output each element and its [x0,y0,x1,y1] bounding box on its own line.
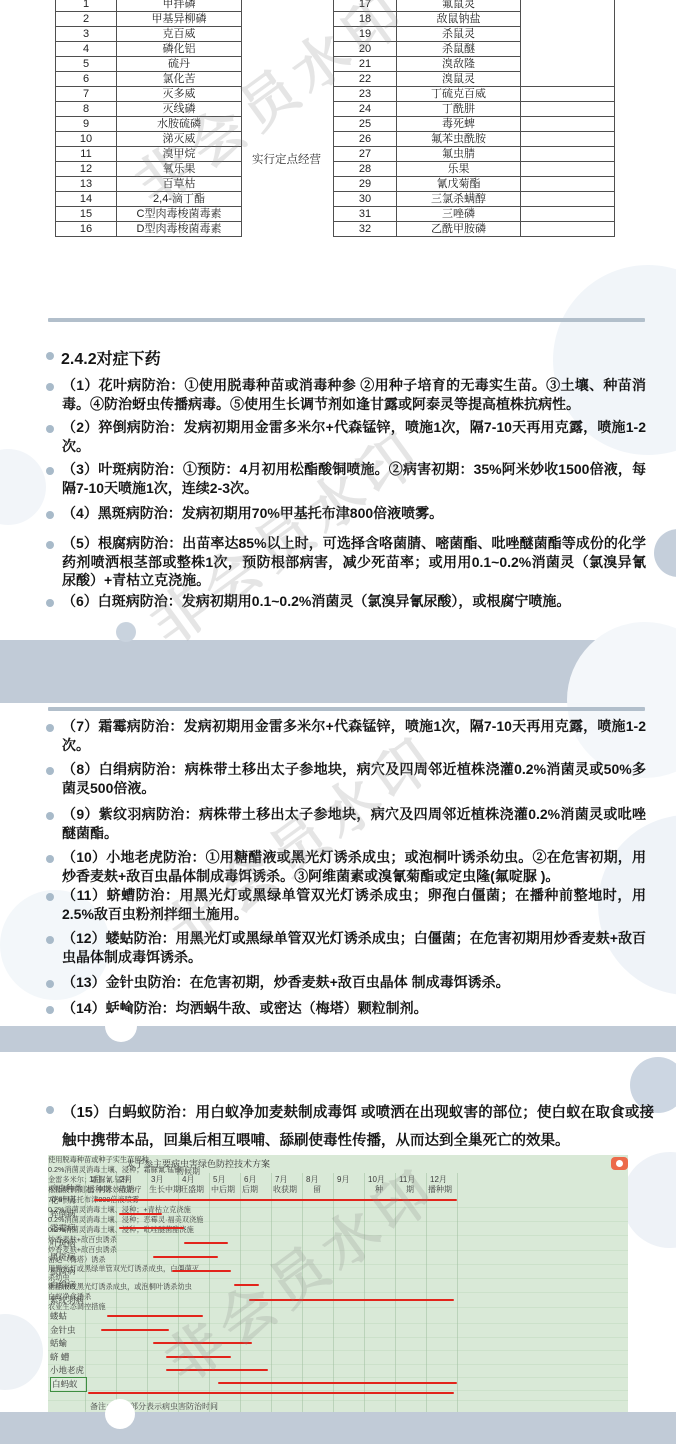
pest-row-label: 霜霉病 [50,1222,76,1234]
pesticide-name-cell: 2,4-滴丁酯 [117,192,242,207]
pesticide-name-cell: 氟苯虫酰胺 [397,132,521,147]
list-bullet [46,467,54,475]
control-paragraph: （14）蛞蝓防治：均洒蜗牛敌、或密达（梅塔）颗粒制剂。 [62,999,646,1018]
control-paragraph: （15）白蚂蚁防治：用白蚁净加麦麸制成毒饵 或喷洒在出现蚁害的部位；使白蚁在取食… [62,1099,654,1155]
table-row: 29氰戊菊酯 [334,177,615,192]
pesticide-number-cell: 12 [56,162,117,177]
control-measure-note: 松酯酸铜预防；阿米妙收治疗 [48,1185,628,1195]
deco-dot [116,622,136,642]
table-row: 9水胺硫磷 [56,117,242,132]
control-paragraph: （8）白绢病防治：病株带土移出太子参地块，病穴及四周邻近植株浇灌0.2%消菌灵或… [62,760,646,797]
deco-circle [0,1314,43,1390]
list-bullet [46,1006,54,1014]
control-paragraph: （5）根腐病防治：出苗率达85%以上时，可选择含咯菌腈、嘧菌酯、吡唑醚菌酯等成份… [62,534,646,590]
list-bullet [46,812,54,820]
deco-dot [105,1399,135,1429]
pesticide-name-cell: C型肉毒梭菌毒素 [117,207,242,222]
table-row: 12氧乐果 [56,162,242,177]
list-bullet [46,352,54,360]
pesticide-number-cell: 9 [56,117,117,132]
pesticide-number-cell: 13 [56,177,117,192]
pesticide-name-cell: 溴敌隆 [397,57,521,72]
control-paragraph: （1）花叶病防治：①使用脱毒种苗或消毒种参 ②用种子培育的无毒实生苗。③土壤、种… [62,376,646,413]
list-bullet [46,767,54,775]
pesticide-name-cell: 丁硫克百威 [397,87,521,102]
pesticide-number-cell: 24 [334,102,397,117]
grid-line [48,1235,628,1236]
pesticide-name-cell: 氰戊菊酯 [397,177,521,192]
table-row: 24丁酰肼 [334,102,615,117]
pesticide-name-cell: 磷化铝 [117,42,242,57]
deco-dot [105,1010,137,1042]
pesticide-name-cell: 丁酰肼 [397,102,521,117]
page-gap-band-2 [0,1026,676,1052]
phase-label: 苗期 [118,1184,134,1195]
grid-line [48,1350,628,1351]
control-period-bar [153,1342,252,1344]
pest-row-label: 猝倒病 [50,1208,76,1220]
pesticide-number-cell: 20 [334,42,397,57]
pest-row-label: 黑斑病 [50,1251,76,1263]
pesticide-number-cell: 7 [56,87,117,102]
pest-row-label: 花叶病 [50,1194,76,1206]
empty-cell [521,162,615,177]
pesticide-number-cell: 11 [56,147,117,162]
pest-row-label: 紫纹羽病 [50,1294,84,1306]
empty-cell [521,117,615,132]
control-period-bar [119,1213,162,1215]
pest-row-label: 白蚂蚁 [50,1377,87,1392]
pesticide-number-cell: 6 [56,72,117,87]
control-period-bar [184,1242,227,1244]
control-period-bar [166,1356,231,1358]
empty-cell [521,147,615,162]
grid-line [48,1292,628,1293]
list-bullet [46,511,54,519]
pesticide-name-cell: 溴鼠灵 [397,72,521,87]
grid-line [48,1250,628,1251]
phase-label: 中后期 [211,1184,235,1195]
control-period-bar [172,1270,231,1272]
table-row: 26氟苯虫酰胺 [334,132,615,147]
deco-circle [654,529,676,577]
empty-cell [521,222,615,237]
grid-line [48,1264,628,1265]
pesticide-number-cell: 17 [334,0,397,12]
pesticide-name-cell: 敌鼠钠盐 [397,12,521,27]
control-paragraph: （12）蝼蛄防治：用黑光灯或黑绿单管双光灯诱杀成虫；白僵菌；在危害初期用炒香麦麸… [62,929,646,966]
control-period-bar [234,1284,259,1286]
table-row: 142,4-滴丁酯 [56,192,242,207]
table-row: 6氯化苦 [56,72,242,87]
pesticide-name-cell: 氧乐果 [117,162,242,177]
empty-cell [521,192,615,207]
pesticide-number-cell: 21 [334,57,397,72]
table-row: 17氟鼠灵 [334,0,615,12]
phase-label: 留 [313,1184,321,1195]
empty-cell [521,102,615,117]
grid-line [48,1207,628,1208]
pesticide-name-cell: 毒死蜱 [397,117,521,132]
table-row: 25毒死蜱 [334,117,615,132]
document-page: { "watermark": { "text": "非会员水印" }, "res… [0,0,676,1444]
pesticide-number-cell: 2 [56,12,117,27]
grid-line [48,1307,628,1308]
pesticide-name-cell: 克百威 [117,27,242,42]
deco-circle [622,1152,676,1248]
control-period-bar [218,1382,457,1384]
grid-line [48,1337,628,1338]
pesticide-name-cell: 氟鼠灵 [397,0,521,12]
table-row: 13百草枯 [56,177,242,192]
pesticide-number-cell: 1 [56,0,117,12]
empty-cell [521,87,615,102]
table-row: 4磷化铝 [56,42,242,57]
list-bullet [46,855,54,863]
grid-line [48,1390,628,1391]
pest-row-label: 蛞蝓 [50,1337,67,1349]
control-period-bar [166,1369,268,1371]
control-paragraph: （6）白斑病防治：发病初期用0.1~0.2%消菌灵（氯溴异氰尿酸），或根腐宁喷施… [62,592,646,611]
pest-row-label: 白绢病 [50,1279,76,1291]
pesticide-name-cell: 杀鼠灵 [397,27,521,42]
restricted-pesticides-table-right: 17氟鼠灵18敌鼠钠盐19杀鼠灵20杀鼠醚21溴敌隆22溴鼠灵23丁硫克百威24… [333,0,615,237]
control-paragraph: （7）霜霉病防治：发病初期用金雷多米尔+代森锰锌，喷施1次，隔7-10天再用克露… [62,717,646,754]
control-period-bar [249,1299,454,1301]
phenology-control-plan-table: 太子参主要病虫害绿色防控技术方案 物候期 病虫种类 备注：阴影部分表示病虫害防治… [48,1155,628,1412]
list-bullet [46,425,54,433]
control-paragraph: （10）小地老虎防治：①用糖醋液或黑光灯诱杀成虫；或泡桐叶诱杀幼虫。②在危害初期… [62,848,646,885]
table-row: 1甲拌磷 [56,0,242,12]
grid-line [48,1377,628,1378]
restricted-table-middle-label: 实行定点经营 [252,151,321,167]
empty-cell [521,177,615,192]
list-bullet [46,936,54,944]
restricted-pesticides-table-left: 1甲拌磷2甲基异柳磷3克百威4磷化铝5硫丹6氯化苦7灭多威8灭线磷9水胺硫磷10… [55,0,242,237]
table-row: 2甲基异柳磷 [56,12,242,27]
phase-label: 后期 [242,1184,258,1195]
section-divider [48,318,645,322]
list-bullet [46,541,54,549]
control-period-bar [101,1329,169,1331]
section-heading: 2.4.2对症下药 [61,346,161,369]
control-paragraph: （11）蛴螬防治：用黑光灯或黑绿单管双光灯诱杀成虫；卵孢白僵菌；在播种前整地时，… [62,886,646,923]
pesticide-name-cell: 水胺硫磷 [117,117,242,132]
pesticide-number-cell: 4 [56,42,117,57]
grid-line [48,1221,628,1222]
table-row: 32乙酰甲胺磷 [334,222,615,237]
pest-row-label: 金针虫 [50,1324,76,1336]
empty-cell [521,0,615,87]
pesticide-name-cell: 三氯杀螨醇 [397,192,521,207]
control-paragraph: （2）猝倒病防治：发病初期用金雷多米尔+代森锰锌，喷施1次，隔7-10天再用克露… [62,418,646,455]
list-bullet [46,893,54,901]
pest-row-label: 叶斑病 [50,1237,76,1249]
list-bullet [46,980,54,988]
phase-label: 期 [406,1184,414,1195]
table-row: 3克百威 [56,27,242,42]
pesticide-name-cell: D型肉毒梭菌毒素 [117,222,242,237]
list-bullet [46,724,54,732]
table-row: 7灭多威 [56,87,242,102]
pesticide-number-cell: 25 [334,117,397,132]
pesticide-name-cell: 灭线磷 [117,102,242,117]
pesticide-name-cell: 杀鼠醚 [397,42,521,57]
pest-row-label: 根腐病 [50,1265,76,1277]
grid-line [48,1400,628,1401]
pesticide-number-cell: 18 [334,12,397,27]
pest-row-label: 蝼蛄 [50,1310,67,1322]
month-label: 9月 [337,1174,349,1185]
control-period-bar [107,1315,203,1317]
grid-line [48,1278,628,1279]
list-bullet [46,383,54,391]
empty-cell [521,132,615,147]
pesticide-name-cell: 涕灭威 [117,132,242,147]
pesticide-number-cell: 22 [334,72,397,87]
table-row: 15C型肉毒梭菌毒素 [56,207,242,222]
control-paragraph: （13）金针虫防治：在危害初期，炒香麦麸+敌百虫晶体 制成毒饵诱杀。 [62,973,646,992]
pesticide-number-cell: 19 [334,27,397,42]
control-paragraph: （4）黑斑病防治：发病初期用70%甲基托布津800倍液喷雾。 [62,504,646,523]
pesticide-name-cell: 氯化苦 [117,72,242,87]
table-row: 5硫丹 [56,57,242,72]
pesticide-number-cell: 30 [334,192,397,207]
pesticide-number-cell: 28 [334,162,397,177]
control-measure-note: 0.2%消菌灵消毒土壤、浸种；恶霉灵·福美双浇施 [48,1215,628,1225]
pesticide-number-cell: 31 [334,207,397,222]
control-period-bar [94,1199,457,1201]
pesticide-number-cell: 15 [56,207,117,222]
section-divider [48,707,645,711]
pesticide-number-cell: 10 [56,132,117,147]
pesticide-number-cell: 16 [56,222,117,237]
control-period-bar [88,1392,454,1394]
list-bullet [46,599,54,607]
pesticide-number-cell: 32 [334,222,397,237]
control-period-bar [119,1227,184,1229]
table-row: 30三氯杀螨醇 [334,192,615,207]
pesticide-name-cell: 硫丹 [117,57,242,72]
table-row: 28乐果 [334,162,615,177]
pesticide-name-cell: 甲基异柳磷 [117,12,242,27]
pesticide-name-cell: 灭多威 [117,87,242,102]
pesticide-name-cell: 三唑磷 [397,207,521,222]
table-row: 31三唑磷 [334,207,615,222]
pesticide-number-cell: 14 [56,192,117,207]
pesticide-name-cell: 甲拌磷 [117,0,242,12]
page-gap-band-3 [0,1412,676,1444]
phase-label: 播种期 [87,1184,111,1195]
control-paragraph: （3）叶斑病防治：①预防：4月初用松酯酸铜喷施。②病害初期：35%阿米妙收150… [62,460,646,497]
grid-line [48,1323,628,1324]
table-row: 23丁硫克百威 [334,87,615,102]
phase-label: 生长中期 [149,1184,181,1195]
control-paragraph: （9）紫纹羽病防治：病株带土移出太子参地块，病穴及四周邻近植株浇灌0.2%消菌灵… [62,805,646,842]
table-row: 27氟虫腈 [334,147,615,162]
table-row: 8灭线磷 [56,102,242,117]
pesticide-number-cell: 5 [56,57,117,72]
pesticide-number-cell: 23 [334,87,397,102]
phase-label: 旺盛期 [180,1184,204,1195]
pesticide-name-cell: 百草枯 [117,177,242,192]
pesticide-name-cell: 溴甲烷 [117,147,242,162]
gantt-row-header: 病虫种类 [50,1183,82,1194]
control-period-bar [153,1256,218,1258]
deco-circle [0,449,46,525]
control-measure-note: 炒香麦麸+敌百虫诱杀 [48,1235,628,1245]
pesticide-number-cell: 8 [56,102,117,117]
pest-row-label: 蛴 螬 [50,1351,69,1363]
phase-label: 种 [375,1184,383,1195]
annotation-badge-icon[interactable] [611,1157,628,1170]
pesticide-number-cell: 29 [334,177,397,192]
grid-line [48,1364,628,1365]
table-row: 10涕灭威 [56,132,242,147]
table-row: 11溴甲烷 [56,147,242,162]
table-row: 16D型肉毒梭菌毒素 [56,222,242,237]
pesticide-number-cell: 3 [56,27,117,42]
phase-label: 播种期 [428,1184,452,1195]
pesticide-number-cell: 26 [334,132,397,147]
pesticide-number-cell: 27 [334,147,397,162]
pesticide-name-cell: 乐果 [397,162,521,177]
pest-row-label: 小地老虎 [50,1364,84,1376]
phase-label: 收获期 [273,1184,297,1195]
pesticide-name-cell: 乙酰甲胺磷 [397,222,521,237]
empty-cell [521,207,615,222]
pesticide-name-cell: 氟虫腈 [397,147,521,162]
control-measure-note: 糖醋液或黑光灯诱杀成虫，或泡桐叶诱杀幼虫 [48,1282,628,1292]
list-bullet [46,1106,54,1114]
